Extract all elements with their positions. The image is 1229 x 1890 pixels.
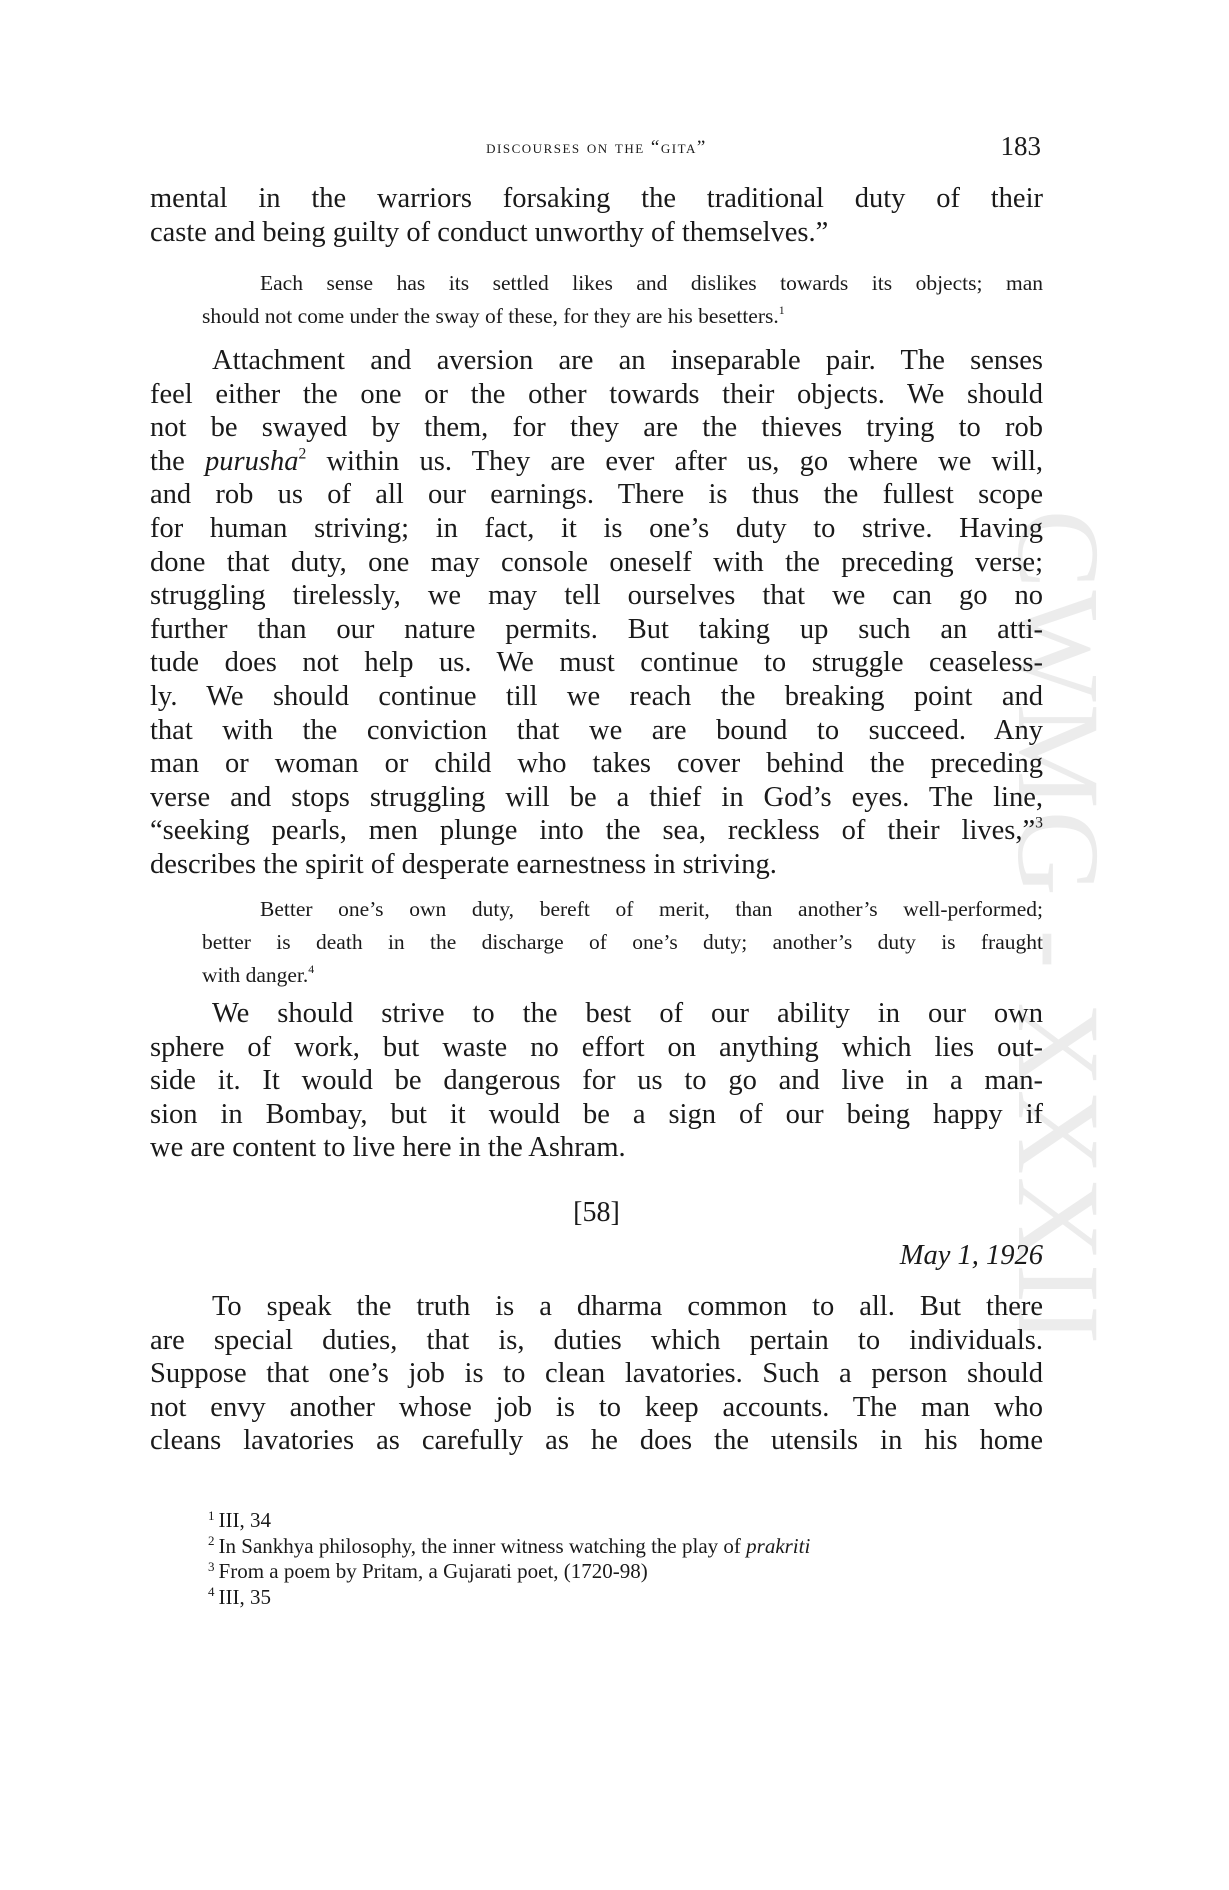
quote-line: with danger.4 (150, 959, 1043, 992)
verse-quote-1: Each sense has its settled likes and dis… (150, 267, 1043, 333)
quote-line: better is death in the discharge of one’… (150, 926, 1043, 959)
quote-line: Each sense has its settled likes and dis… (150, 267, 1043, 300)
text-line: tude does not help us. We must continue … (150, 646, 1043, 680)
text-line: Suppose that one’s job is to clean lavat… (150, 1357, 1043, 1391)
paragraph-strive: We should strive to the best of our abil… (150, 997, 1043, 1165)
text-line: We should strive to the best of our abil… (150, 997, 1043, 1031)
running-title: DISCOURSES ON THE “GITA” (150, 137, 1043, 159)
quote-line: Better one’s own duty, bereft of merit, … (150, 893, 1043, 926)
footnote-number: 3 (208, 1559, 215, 1574)
footnote-item: 1III, 34 (208, 1508, 810, 1534)
text-line: ly. We should continue till we reach the… (150, 680, 1043, 714)
text-line: side it. It would be dangerous for us to… (150, 1064, 1043, 1098)
footnotes: 1III, 342In Sankhya philosophy, the inne… (208, 1508, 810, 1610)
paragraph-lines: Attachment and aversion are an inseparab… (150, 344, 1043, 882)
text-line: Attachment and aversion are an inseparab… (150, 344, 1043, 378)
running-head: DISCOURSES ON THE “GITA” 183 (150, 131, 1043, 165)
paragraph-truth: To speak the truth is a dharma common to… (150, 1290, 1043, 1458)
text-line: feel either the one or the other towards… (150, 378, 1043, 412)
text-line: “seeking pearls, men plunge into the sea… (150, 814, 1043, 848)
text-line: and rob us of all our earnings. There is… (150, 478, 1043, 512)
footnote-item: 3From a poem by Pritam, a Gujarati poet,… (208, 1559, 810, 1585)
text-line: To speak the truth is a dharma common to… (150, 1290, 1043, 1324)
page-number: 183 (1001, 131, 1042, 162)
text-line: are special duties, that is, duties whic… (150, 1324, 1043, 1358)
section-number: [58] (150, 1197, 1043, 1229)
text-line: that with the conviction that we are bou… (150, 714, 1043, 748)
italic-term: purusha (205, 446, 298, 477)
footnote-item: 4III, 35 (208, 1585, 810, 1611)
text-line: further than our nature permits. But tak… (150, 613, 1043, 647)
footnote-ref[interactable]: 2 (298, 445, 306, 462)
footnote-number: 2 (208, 1533, 215, 1548)
footnote-ref[interactable]: 1 (779, 303, 785, 317)
section-date: May 1, 1926 (150, 1240, 1043, 1272)
text-line: for human striving; in fact, it is one’s… (150, 512, 1043, 546)
continuation-paragraph: mental in the warriors forsaking the tra… (150, 182, 1043, 249)
text-line: we are content to live here in the Ashra… (150, 1131, 1043, 1165)
text-line: done that duty, one may console oneself … (150, 546, 1043, 580)
footnote-number: 4 (208, 1584, 215, 1599)
text-line: cleans lavatories as carefully as he doe… (150, 1424, 1043, 1458)
text-line: struggling tirelessly, we may tell ourse… (150, 579, 1043, 613)
text-line: man or woman or child who takes cover be… (150, 747, 1043, 781)
text-line: sphere of work, but waste no effort on a… (150, 1031, 1043, 1065)
footnote-ref[interactable]: 4 (308, 962, 314, 976)
footnote-ref[interactable]: 3 (1035, 815, 1043, 832)
verse-quote-2: Better one’s own duty, bereft of merit, … (150, 893, 1043, 992)
text-line: mental in the warriors forsaking the tra… (150, 182, 1043, 216)
text-line: the purusha2 within us. They are ever af… (150, 445, 1043, 479)
text-line: describes the spirit of desperate earnes… (150, 848, 1043, 882)
footnote-item: 2In Sankhya philosophy, the inner witnes… (208, 1534, 810, 1560)
text-line: caste and being guilty of conduct unwort… (150, 216, 1043, 250)
text-line: not envy another whose job is to keep ac… (150, 1391, 1043, 1425)
text-line: sion in Bombay, but it would be a sign o… (150, 1098, 1043, 1132)
text-line: not be swayed by them, for they are the … (150, 411, 1043, 445)
quote-line: should not come under the sway of these,… (150, 300, 1043, 333)
paragraph-attachment: Attachment and aversion are an inseparab… (150, 344, 1043, 882)
text-line: verse and stops struggling will be a thi… (150, 781, 1043, 815)
footnote-number: 1 (208, 1508, 215, 1523)
